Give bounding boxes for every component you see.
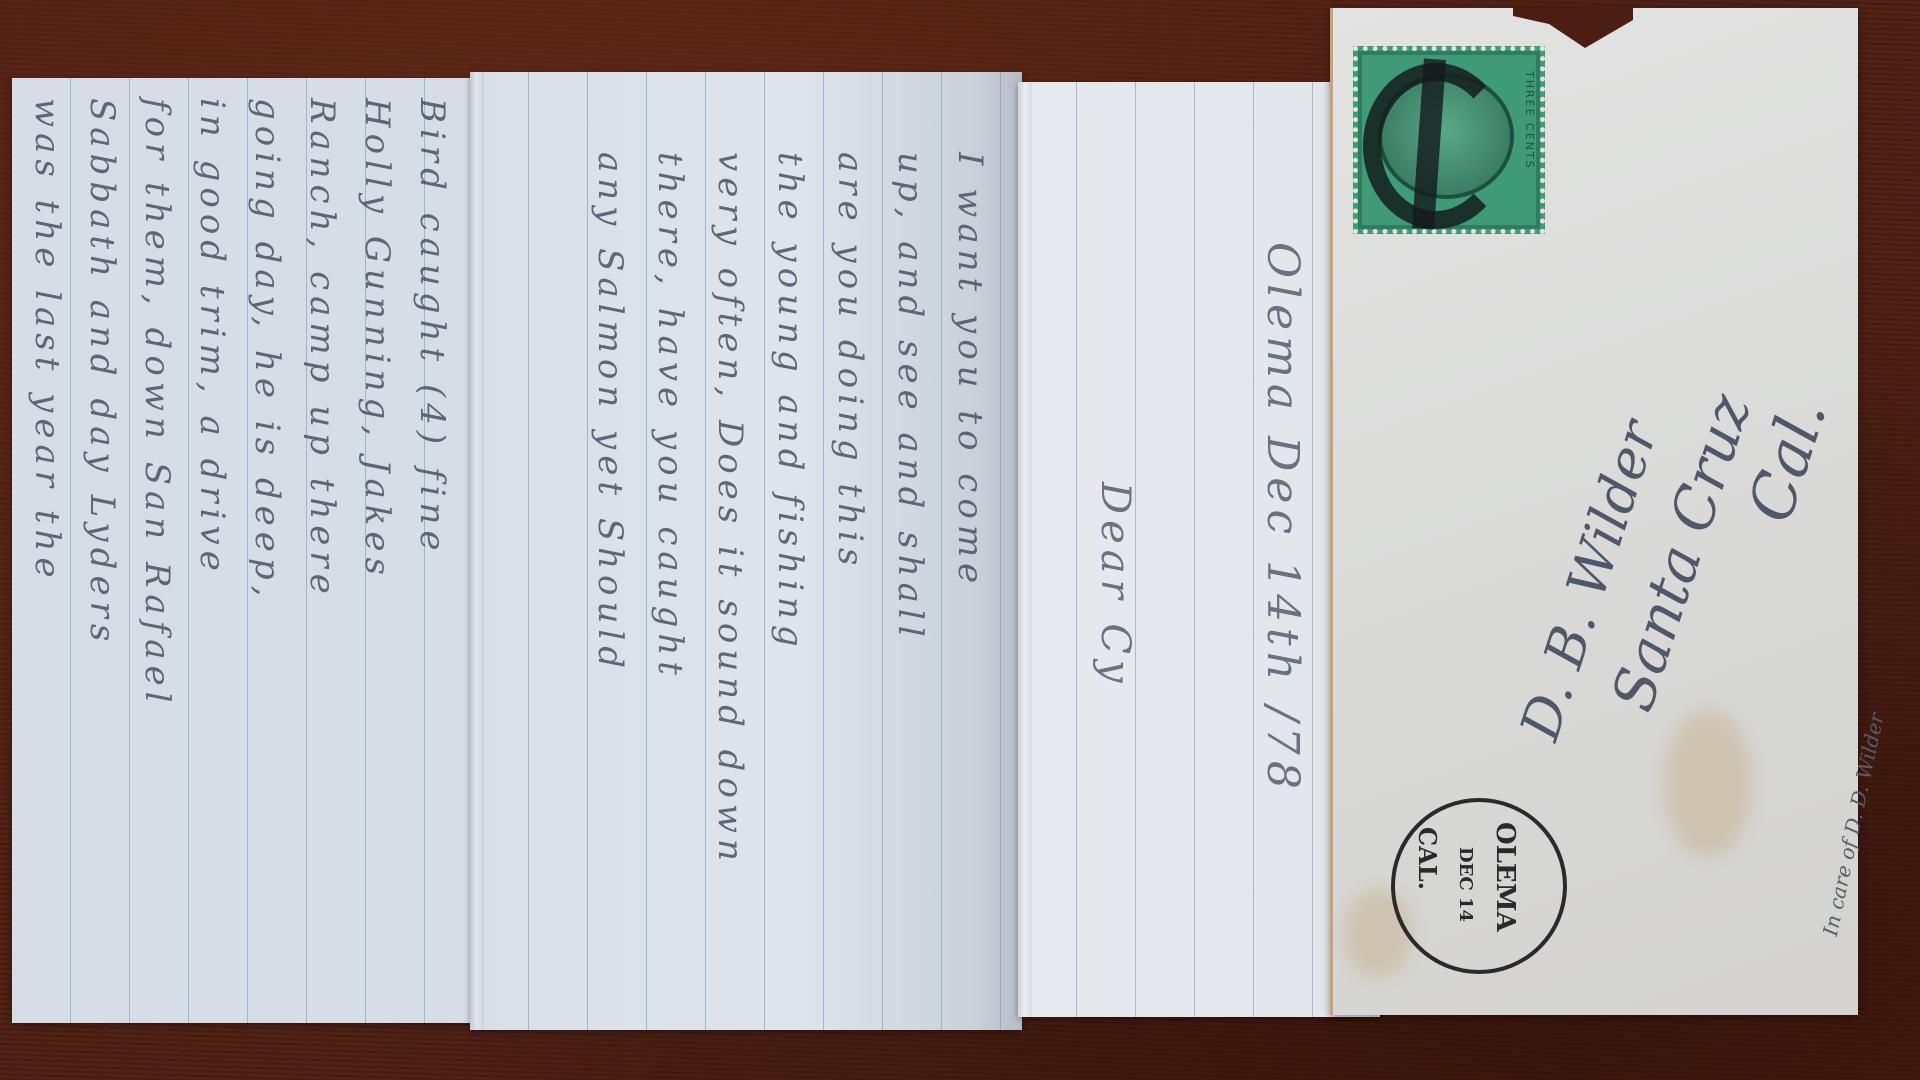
paper-fold — [1018, 82, 1032, 1017]
letter-line: Holly Gunning, Jakes — [357, 98, 397, 581]
place-date: Olema Dec 14th /78 — [1257, 242, 1308, 795]
paper-fold — [470, 72, 484, 1030]
stamp-label: THREE CENTS — [1523, 71, 1536, 170]
letter-page-right: Olema Dec 14th /78 Dear Cy — [1018, 82, 1380, 1017]
letter-line: for them, down San Rafael — [137, 98, 177, 708]
postmark-date: DEC 14 — [1455, 847, 1476, 922]
letter-line: are you doing this — [830, 152, 870, 571]
letter-line: in good trim, a drive — [192, 98, 232, 577]
letter-page-middle: I want you to come up, and see and shall… — [470, 72, 1022, 1030]
letter-page-left: Bird caught (4) fine Holly Gunning, Jake… — [12, 78, 474, 1023]
salutation: Dear Cy — [1092, 482, 1138, 689]
letter-line: Ranch, camp up there — [302, 98, 342, 600]
letter-line: going day, he is deep, — [247, 98, 287, 602]
letter-line: Sabbath and day Lyders — [82, 98, 122, 647]
letter-line: Bird caught (4) fine — [412, 98, 452, 556]
letter-line: up, and see and shall — [890, 152, 930, 643]
postmark: OLEMA CAL. DEC 14 — [1391, 798, 1567, 974]
ruled-lines — [1018, 82, 1380, 1017]
letter-line: any Salmon yet Should — [590, 152, 630, 674]
envelope: THREE CENTS OLEMA CAL. DEC 14 D. B. Wild… — [1330, 8, 1858, 1015]
letter-line: the young and fishing — [770, 152, 810, 653]
postmark-state: CAL. — [1413, 827, 1442, 890]
stain — [1663, 708, 1753, 858]
letter-line: very often, Does it sound down — [710, 152, 750, 867]
postage-stamp: THREE CENTS — [1353, 46, 1545, 234]
care-of-note: In care of D. D. Wilder — [1818, 711, 1889, 938]
letter-line: I want you to come — [950, 152, 990, 589]
letter-line: there, have you caught — [650, 152, 690, 681]
letter-line: was the last year the — [27, 98, 67, 584]
postmark-town: OLEMA — [1490, 822, 1520, 932]
envelope-tear — [1513, 8, 1633, 48]
